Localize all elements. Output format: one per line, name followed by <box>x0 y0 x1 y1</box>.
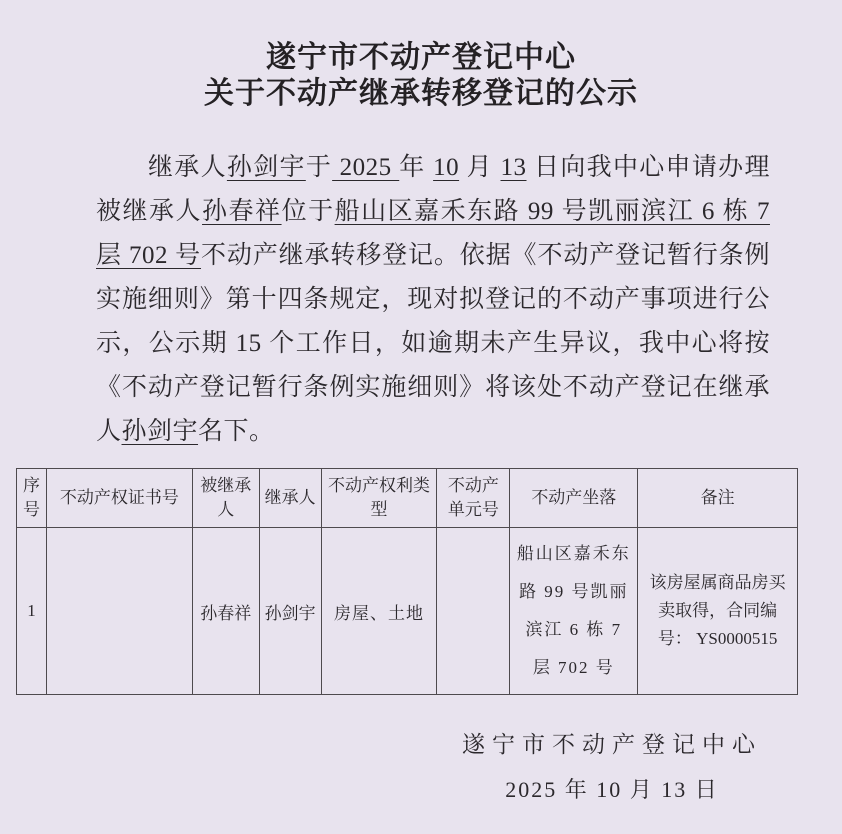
signature-block: 遂宁市不动产登记中心 2025 年 10 月 13 日 <box>462 730 762 804</box>
body-line: 继承人孙剑宇于 2025 年 10 月 13 日向我中心申请办理 <box>96 146 770 190</box>
header-heir: 继承人 <box>259 469 321 528</box>
body-line: 示，公示期 15 个工作日，如逾期未产生异议，我中心将按 <box>96 322 770 366</box>
notice-body: 继承人孙剑宇于 2025 年 10 月 13 日向我中心申请办理被继承人孙春祥位… <box>96 146 770 454</box>
body-text: 示，公示期 15 个工作日，如逾期未产生异议，我中心将按 <box>96 330 770 357</box>
underlined-field: 层 702 号 <box>96 242 201 269</box>
header-decedent: 被继承人 <box>192 469 259 528</box>
underlined-field: 船山区嘉禾东路 99 号凯丽滨江 6 栋 7 <box>335 198 770 225</box>
body-line: 层 702 号不动产继承转移登记。依据《不动产登记暂行条例 <box>96 234 770 278</box>
body-text: 人 <box>96 418 122 445</box>
cell-heir: 孙剑宇 <box>259 528 321 695</box>
body-text: 实施细则》第十四条规定，现对拟登记的不动产事项进行公 <box>96 286 770 313</box>
body-text: 月 <box>459 154 500 181</box>
body-text: 于 <box>306 154 332 181</box>
header-location: 不动产坐落 <box>510 469 638 528</box>
signature-org: 遂宁市不动产登记中心 <box>462 730 762 760</box>
doc-title-line2: 关于不动产继承转移登记的公示 <box>0 76 842 112</box>
header-right-type: 不动产权利类型 <box>321 469 437 528</box>
table-header-row: 序号 不动产权证书号 被继承人 继承人 不动产权利类型 不动产单元号 不动产坐落… <box>17 469 798 528</box>
body-text: 被继承人 <box>96 198 202 225</box>
underlined-field: 13 <box>501 154 527 181</box>
signature-date: 2025 年 10 月 13 日 <box>462 776 762 804</box>
cell-seq: 1 <box>17 528 47 695</box>
body-line: 《不动产登记暂行条例实施细则》将该处不动产登记在继承 <box>96 366 770 410</box>
doc-title-line1: 遂宁市不动产登记中心 <box>0 40 842 76</box>
cell-remark: 该房屋属商品房买卖取得，合同编号： YS0000515 <box>638 528 798 695</box>
underlined-field: 孙剑宇 <box>227 154 306 181</box>
body-text: 年 <box>399 154 433 181</box>
body-text: 名下。 <box>198 418 275 445</box>
header-seq: 序号 <box>17 469 47 528</box>
property-table: 序号 不动产权证书号 被继承人 继承人 不动产权利类型 不动产单元号 不动产坐落… <box>16 468 798 695</box>
header-cert-no: 不动产权证书号 <box>46 469 192 528</box>
cell-right-type: 房屋、土地 <box>321 528 437 695</box>
underlined-field: 孙春祥 <box>202 198 282 225</box>
header-remark: 备注 <box>638 469 798 528</box>
body-text: 不动产继承转移登记。依据《不动产登记暂行条例 <box>201 242 770 269</box>
cell-location: 船山区嘉禾东路 99 号凯丽滨江 6 栋 7 层 702 号 <box>510 528 638 695</box>
body-line: 实施细则》第十四条规定，现对拟登记的不动产事项进行公 <box>96 278 770 322</box>
header-unit-no: 不动产单元号 <box>437 469 510 528</box>
body-text: 《不动产登记暂行条例实施细则》将该处不动产登记在继承 <box>96 374 770 401</box>
underlined-field: 2025 <box>332 154 399 181</box>
document: 遂宁市不动产登记中心 关于不动产继承转移登记的公示 继承人孙剑宇于 2025 年… <box>0 0 842 834</box>
body-line: 被继承人孙春祥位于船山区嘉禾东路 99 号凯丽滨江 6 栋 7 <box>96 190 770 234</box>
cell-unit-no <box>437 528 510 695</box>
body-text: 位于 <box>282 198 335 225</box>
underlined-field: 孙剑宇 <box>122 418 199 445</box>
body-text: 继承人 <box>148 154 227 181</box>
body-line: 人孙剑宇名下。 <box>96 410 770 454</box>
underlined-field: 10 <box>433 154 459 181</box>
body-text: 日向我中心申请办理 <box>527 154 770 181</box>
cell-cert-no <box>46 528 192 695</box>
cell-decedent: 孙春祥 <box>192 528 259 695</box>
table-row: 1 孙春祥 孙剑宇 房屋、土地 船山区嘉禾东路 99 号凯丽滨江 6 栋 7 层… <box>17 528 798 695</box>
doc-title: 遂宁市不动产登记中心 关于不动产继承转移登记的公示 <box>0 0 842 112</box>
